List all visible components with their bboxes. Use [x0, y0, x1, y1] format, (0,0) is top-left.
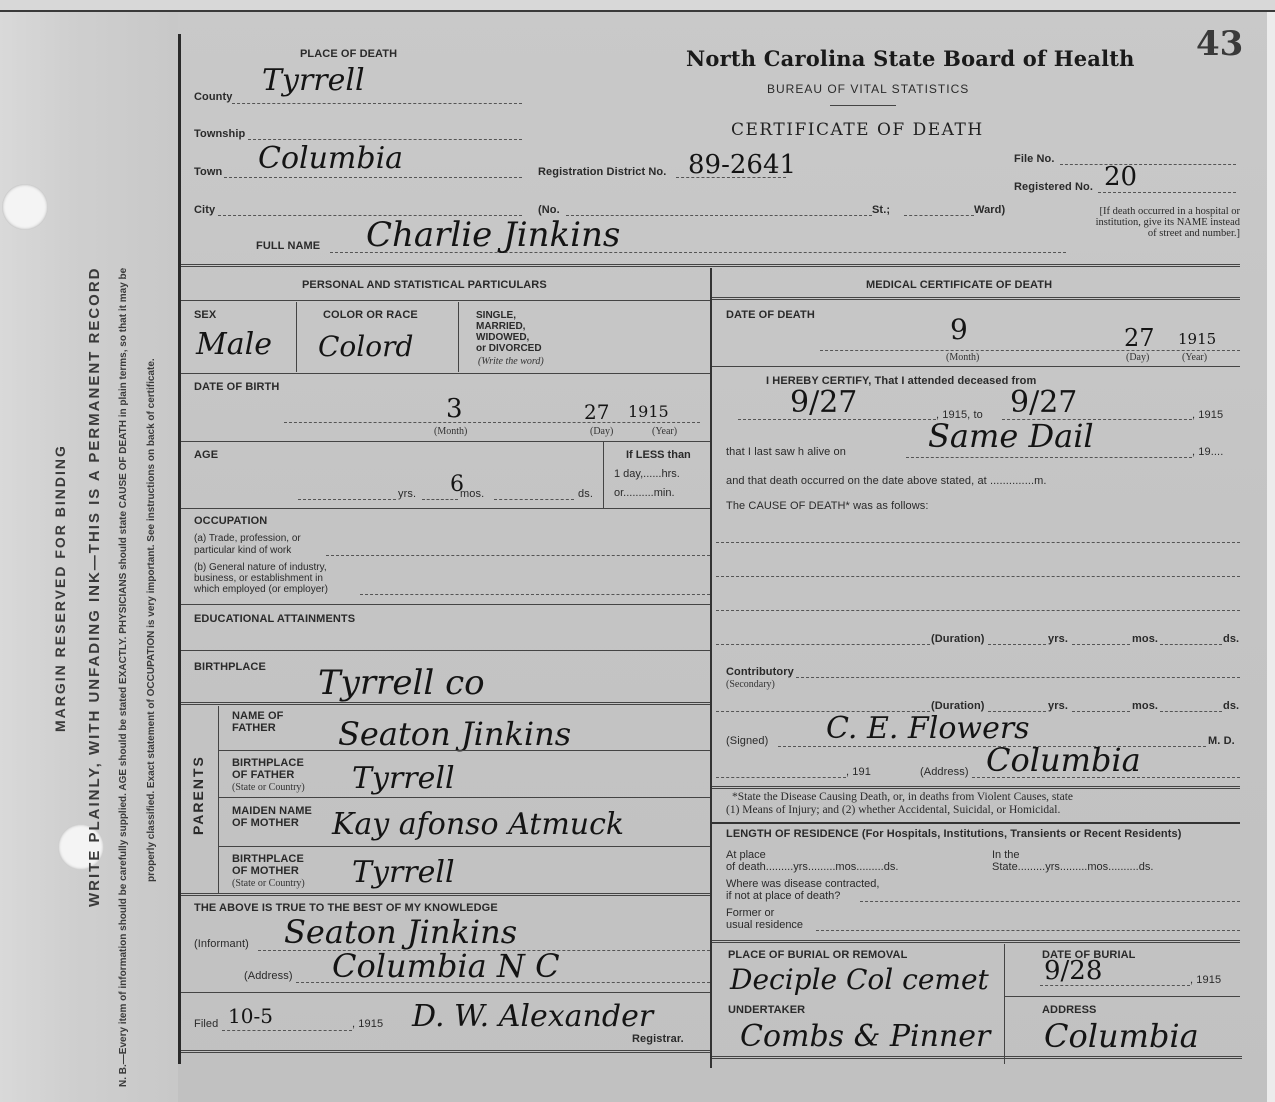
- occupation-label: OCCUPATION: [194, 515, 267, 527]
- st-label: St.;: [872, 204, 890, 216]
- medical-heading: MEDICAL CERTIFICATE OF DEATH: [866, 279, 1052, 291]
- age-label: AGE: [194, 449, 218, 461]
- mos-label: mos.: [1132, 633, 1158, 645]
- marital-label: SINGLE,: [476, 310, 516, 321]
- bureau-title: BUREAU OF VITAL STATISTICS: [767, 82, 969, 96]
- attended-to-field[interactable]: 9/27: [1010, 388, 1077, 418]
- hospital-note: [If death occurred in a hospital or inst…: [1090, 206, 1240, 239]
- occupation-a-label: (a) Trade, profession, or: [194, 533, 301, 544]
- cause-line[interactable]: [716, 542, 1240, 543]
- occupation-b-label: business, or establishment in: [194, 573, 323, 584]
- age-yrs-label: yrs.: [398, 488, 416, 500]
- month-hint: (Month): [434, 426, 467, 437]
- registered-no-field[interactable]: 20: [1104, 164, 1137, 190]
- at-place-field[interactable]: of death.........yrs.........mos........…: [726, 862, 898, 873]
- age-mos-label: mos.: [460, 488, 484, 500]
- at-place-label: At place: [726, 850, 766, 861]
- in-state-field[interactable]: State.........yrs.........mos..........d…: [992, 862, 1153, 873]
- full-name-field[interactable]: Charlie Jinkins: [366, 218, 620, 252]
- father-name-field[interactable]: Seaton Jinkins: [338, 718, 571, 750]
- contracted-label: Where was disease contracted,: [726, 879, 879, 890]
- undertaker-address-label: ADDRESS: [1042, 1004, 1097, 1016]
- form-left-border: [178, 34, 181, 1064]
- dob-month-field[interactable]: 3: [446, 396, 463, 422]
- undertaker-field[interactable]: Combs & Pinner: [740, 1022, 990, 1052]
- in-state-label: In the: [992, 850, 1020, 861]
- punch-hole-icon: [2, 184, 48, 230]
- contributory-label: Contributory: [726, 666, 794, 678]
- last-saw-year: , 19....: [1192, 446, 1223, 458]
- mother-name-label: MAIDEN NAME: [232, 805, 312, 817]
- registrar-label: Registrar.: [632, 1033, 684, 1045]
- registration-district-label: Registration District No.: [538, 166, 666, 178]
- certificate-title: CERTIFICATE OF DEATH: [731, 120, 984, 140]
- sign-date-field[interactable]: [716, 777, 846, 778]
- residence-heading: LENGTH OF RESIDENCE (For Hospitals, Inst…: [726, 828, 1182, 840]
- filed-year: , 1915: [352, 1018, 383, 1030]
- township-field[interactable]: [248, 139, 522, 140]
- township-label: Township: [194, 128, 245, 140]
- contracted-label: if not at place of death?: [726, 891, 840, 902]
- place-of-death-heading: PLACE OF DEATH: [300, 48, 397, 60]
- top-edge: [0, 0, 1275, 12]
- registration-district-field[interactable]: 89-2641: [688, 152, 796, 178]
- informant-address-field[interactable]: Columbia N C: [332, 950, 560, 982]
- divider: [830, 105, 896, 106]
- duration-yrs-field[interactable]: [988, 644, 1046, 645]
- registrar-field[interactable]: D. W. Alexander: [412, 1002, 653, 1032]
- binding-margin: MARGIN RESERVED FOR BINDING WRITE PLAINL…: [0, 12, 178, 1102]
- burial-place-label: PLACE OF BURIAL OR REMOVAL: [728, 949, 907, 961]
- less-than-hrs: 1 day,......hrs.: [614, 469, 680, 480]
- registered-no-label: Registered No.: [1014, 181, 1093, 193]
- duration-mos-field[interactable]: [1072, 644, 1130, 645]
- section-divider: [181, 264, 1240, 267]
- mother-name-field[interactable]: Kay afonso Atmuck: [332, 810, 624, 840]
- duration-label: (Duration): [931, 633, 985, 645]
- dob-label: DATE OF BIRTH: [194, 381, 279, 393]
- less-than-label: If LESS than: [626, 450, 691, 461]
- secondary-hint: (Secondary): [726, 679, 775, 690]
- undertaker-label: UNDERTAKER: [728, 1004, 805, 1016]
- binding-note: MARGIN RESERVED FOR BINDING: [52, 444, 68, 732]
- father-birthplace-label: OF FATHER: [232, 769, 294, 781]
- yrs-label: yrs.: [1048, 700, 1068, 712]
- informant-label: (Informant): [194, 938, 249, 950]
- death-certificate-page: MARGIN RESERVED FOR BINDING WRITE PLAINL…: [0, 0, 1275, 1102]
- attended-to-year: , 1915: [1192, 409, 1223, 421]
- mother-birthplace-label: OF MOTHER: [232, 865, 299, 877]
- age-yrs-field[interactable]: [298, 499, 396, 500]
- mother-name-label: OF MOTHER: [232, 817, 299, 829]
- dod-month-field[interactable]: 9: [950, 316, 968, 344]
- dod-day-field[interactable]: 27: [1124, 326, 1155, 350]
- former-residence-label: Former or: [726, 908, 774, 919]
- nb-note-line2: properly classified. Exact statement of …: [146, 358, 157, 882]
- duration-ds-field[interactable]: [1160, 711, 1222, 712]
- ds-label: ds.: [1223, 700, 1239, 712]
- attended-from-field[interactable]: 9/27: [790, 388, 857, 418]
- dob-day-field[interactable]: 27: [584, 402, 609, 422]
- physician-address-field[interactable]: Columbia: [986, 744, 1141, 776]
- last-saw-label: that I last saw h alive on: [726, 446, 846, 458]
- page-number: 43: [1196, 24, 1243, 64]
- education-label: EDUCATIONAL ATTAINMENTS: [194, 613, 355, 625]
- ward-field[interactable]: [904, 215, 974, 216]
- age-ds-label: ds.: [578, 488, 593, 500]
- cause-line[interactable]: [716, 610, 1240, 611]
- sign-address-label: (Address): [920, 766, 969, 778]
- town-label: Town: [194, 166, 222, 178]
- less-than-min: or..........min.: [614, 488, 675, 499]
- personal-heading: PERSONAL AND STATISTICAL PARTICULARS: [302, 279, 547, 291]
- occupation-trade-field[interactable]: [326, 555, 710, 556]
- contributory-field[interactable]: [796, 677, 1240, 678]
- sex-label: SEX: [194, 309, 216, 321]
- marital-label: or DIVORCED: [476, 343, 542, 354]
- town-field[interactable]: Columbia: [258, 144, 403, 174]
- full-name-label: FULL NAME: [256, 240, 320, 252]
- ink-note: WRITE PLAINLY, WITH UNFADING INK—THIS IS…: [86, 266, 103, 907]
- cause-line[interactable]: [716, 576, 1240, 577]
- undertaker-address-field[interactable]: Columbia: [1044, 1020, 1199, 1052]
- birthplace-label: BIRTHPLACE: [194, 661, 266, 673]
- duration-ds-field[interactable]: [1160, 644, 1222, 645]
- board-title: North Carolina State Board of Health: [686, 46, 1135, 71]
- birthplace-field[interactable]: Tyrrell co: [318, 666, 485, 700]
- ward-label: Ward): [974, 204, 1005, 216]
- footnote: *State the Disease Causing Death, or, in…: [732, 792, 1073, 803]
- day-hint: (Day): [1126, 352, 1149, 363]
- yrs-label: yrs.: [1048, 633, 1068, 645]
- md-label: M. D.: [1208, 735, 1235, 747]
- physician-signature-field[interactable]: C. E. Flowers: [826, 714, 1030, 744]
- file-no-field[interactable]: [1060, 164, 1236, 165]
- day-hint: (Day): [590, 426, 613, 437]
- month-hint: (Month): [946, 352, 979, 363]
- sex-field[interactable]: Male: [196, 330, 272, 360]
- cause-label: The CAUSE OF DEATH* was as follows:: [726, 500, 929, 512]
- occupation-b-label: (b) General nature of industry,: [194, 562, 327, 573]
- state-or-country-hint: (State or Country): [232, 782, 305, 793]
- dod-label: DATE OF DEATH: [726, 309, 815, 321]
- duration-mos-field[interactable]: [1072, 711, 1130, 712]
- occupation-b-label: which employed (or employer): [194, 584, 328, 595]
- former-residence-field[interactable]: [816, 930, 1240, 931]
- father-name-label: NAME OF: [232, 710, 283, 722]
- informant-address-label: (Address): [244, 970, 293, 982]
- former-residence-label: usual residence: [726, 920, 803, 931]
- county-label: County: [194, 91, 232, 103]
- ds-label: ds.: [1223, 633, 1239, 645]
- dob-year-field[interactable]: 1915: [628, 404, 669, 420]
- dod-year-field[interactable]: 1915: [1178, 332, 1216, 347]
- burial-year: , 1915: [1190, 974, 1221, 986]
- marital-hint: (Write the word): [478, 356, 544, 367]
- year-hint: (Year): [652, 426, 677, 437]
- filed-date-field[interactable]: 10-5: [228, 1006, 273, 1026]
- education-field[interactable]: [181, 650, 710, 651]
- race-label: COLOR OR RACE: [323, 309, 418, 321]
- mos-label: mos.: [1132, 700, 1158, 712]
- nb-note-line1: N. B.—Every item of information should b…: [118, 268, 129, 1087]
- death-time-field[interactable]: and that death occurred on the date abov…: [726, 475, 1047, 487]
- last-saw-field[interactable]: Same Dail: [928, 420, 1094, 452]
- filed-label: Filed: [194, 1018, 218, 1030]
- marital-label: WIDOWED,: [476, 332, 529, 343]
- file-no-label: File No.: [1014, 153, 1055, 165]
- right-edge: [1267, 12, 1275, 1102]
- father-birthplace-field[interactable]: Tyrrell: [352, 764, 455, 794]
- mother-birthplace-field[interactable]: Tyrrell: [352, 858, 455, 888]
- race-field[interactable]: Colord: [318, 333, 413, 361]
- occupation-a-label: particular kind of work: [194, 545, 291, 556]
- marital-label: MARRIED,: [476, 321, 525, 332]
- father-birthplace-label: BIRTHPLACE: [232, 757, 304, 769]
- city-label: City: [194, 204, 215, 216]
- burial-date-field[interactable]: 9/28: [1044, 958, 1102, 984]
- sign-year: , 191: [846, 766, 871, 778]
- age-ds-field[interactable]: [494, 499, 574, 500]
- footnote: (1) Means of Injury; and (2) whether Acc…: [726, 805, 1060, 816]
- informant-field[interactable]: Seaton Jinkins: [284, 916, 517, 948]
- father-name-label: FATHER: [232, 722, 276, 734]
- mother-birthplace-label: BIRTHPLACE: [232, 853, 304, 865]
- county-field[interactable]: Tyrrell: [262, 66, 365, 96]
- column-divider: [710, 268, 712, 1068]
- occupation-industry-field[interactable]: [360, 594, 710, 595]
- contracted-field[interactable]: [860, 901, 1240, 902]
- signed-label: (Signed): [726, 735, 768, 747]
- year-hint: (Year): [1182, 352, 1207, 363]
- burial-place-field[interactable]: Deciple Col cemet: [730, 966, 989, 994]
- parents-label: PARENTS: [190, 755, 206, 835]
- state-or-country-hint: (State or Country): [232, 878, 305, 889]
